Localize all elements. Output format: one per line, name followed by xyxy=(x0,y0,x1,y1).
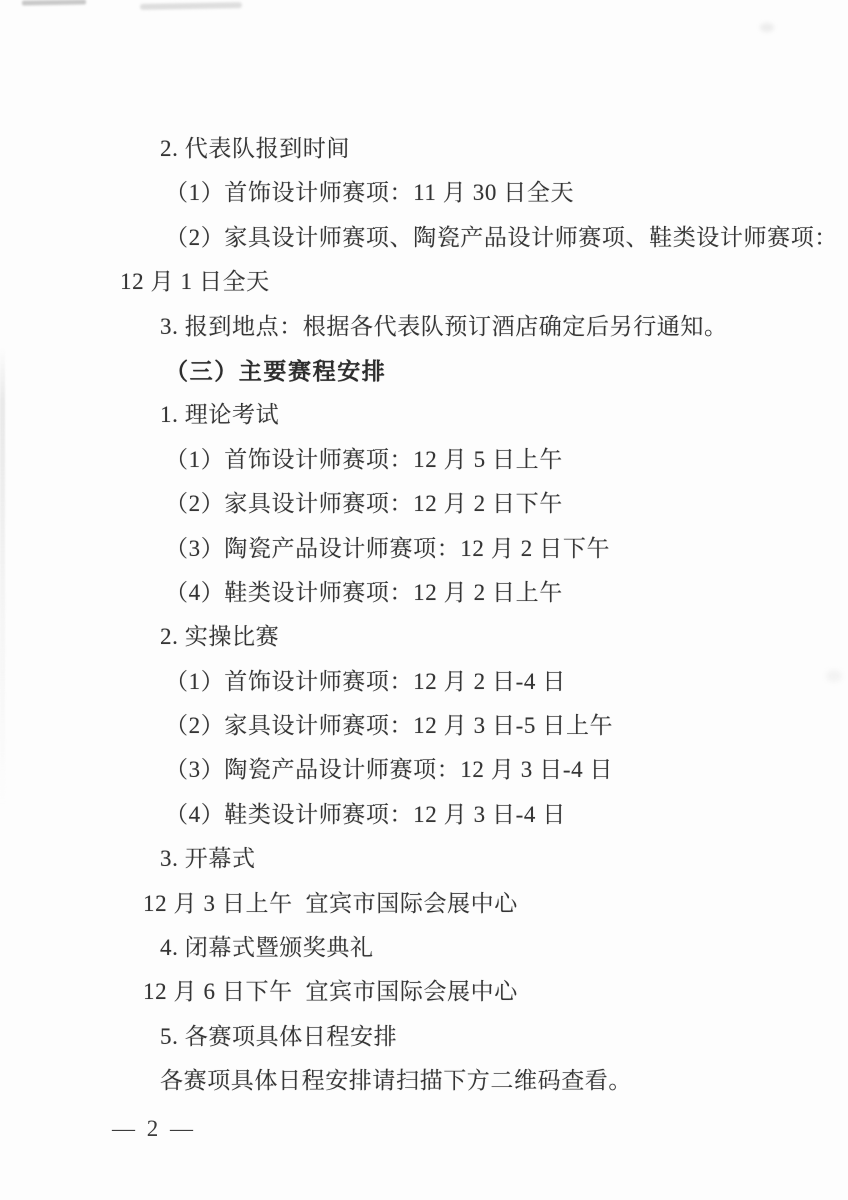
text-line: （3）陶瓷产品设计师赛项：12 月 2 日下午 xyxy=(120,527,820,571)
text-line: （4）鞋类设计师赛项：12 月 2 日上午 xyxy=(120,571,820,615)
scan-artifact-top-left xyxy=(22,0,86,6)
text-line: （4）鞋类设计师赛项：12 月 3 日-4 日 xyxy=(120,793,820,837)
text-line: （1）首饰设计师赛项：12 月 2 日-4 日 xyxy=(120,660,820,704)
text-line: 5. 各赛项具体日程安排 xyxy=(120,1015,820,1059)
text-line: （1）首饰设计师赛项：11 月 30 日全天 xyxy=(120,171,820,215)
scan-artifact-dot-2 xyxy=(826,670,842,682)
text-line: 12 月 3 日上午 宜宾市国际会展中心 xyxy=(120,882,820,926)
text-line: （2）家具设计师赛项：12 月 3 日-5 日上午 xyxy=(120,704,820,748)
text-line: （3）陶瓷产品设计师赛项：12 月 3 日-4 日 xyxy=(120,748,820,792)
scanned-document-page: 2. 代表队报到时间 （1）首饰设计师赛项：11 月 30 日全天 （2）家具设… xyxy=(0,0,848,1200)
text-line: 各赛项具体日程安排请扫描下方二维码查看。 xyxy=(120,1059,820,1103)
page-number: — 2 — xyxy=(112,1114,196,1144)
text-line: （1）首饰设计师赛项：12 月 5 日上午 xyxy=(120,438,820,482)
section-heading: （三）主要赛程安排 xyxy=(120,349,820,393)
text-line: 12 月 6 日下午 宜宾市国际会展中心 xyxy=(120,970,820,1014)
text-line: 2. 代表队报到时间 xyxy=(120,127,820,171)
scan-artifact-top-left-2 xyxy=(140,2,242,10)
text-line: 2. 实操比赛 xyxy=(120,615,820,659)
text-line: 1. 理论考试 xyxy=(120,393,820,437)
text-line: （2）家具设计师赛项、陶瓷产品设计师赛项、鞋类设计师赛项： xyxy=(120,216,820,260)
text-line: 3. 开幕式 xyxy=(120,837,820,881)
text-line: 3. 报到地点：根据各代表队预订酒店确定后另行通知。 xyxy=(120,305,820,349)
text-line: （2）家具设计师赛项：12 月 2 日下午 xyxy=(120,482,820,526)
document-body: 2. 代表队报到时间 （1）首饰设计师赛项：11 月 30 日全天 （2）家具设… xyxy=(120,127,820,1104)
text-line: 12 月 1 日全天 xyxy=(120,260,820,304)
text-line: 4. 闭幕式暨颁奖典礼 xyxy=(120,926,820,970)
scan-artifact-left-edge xyxy=(0,348,5,808)
scan-artifact-dot xyxy=(760,23,774,32)
